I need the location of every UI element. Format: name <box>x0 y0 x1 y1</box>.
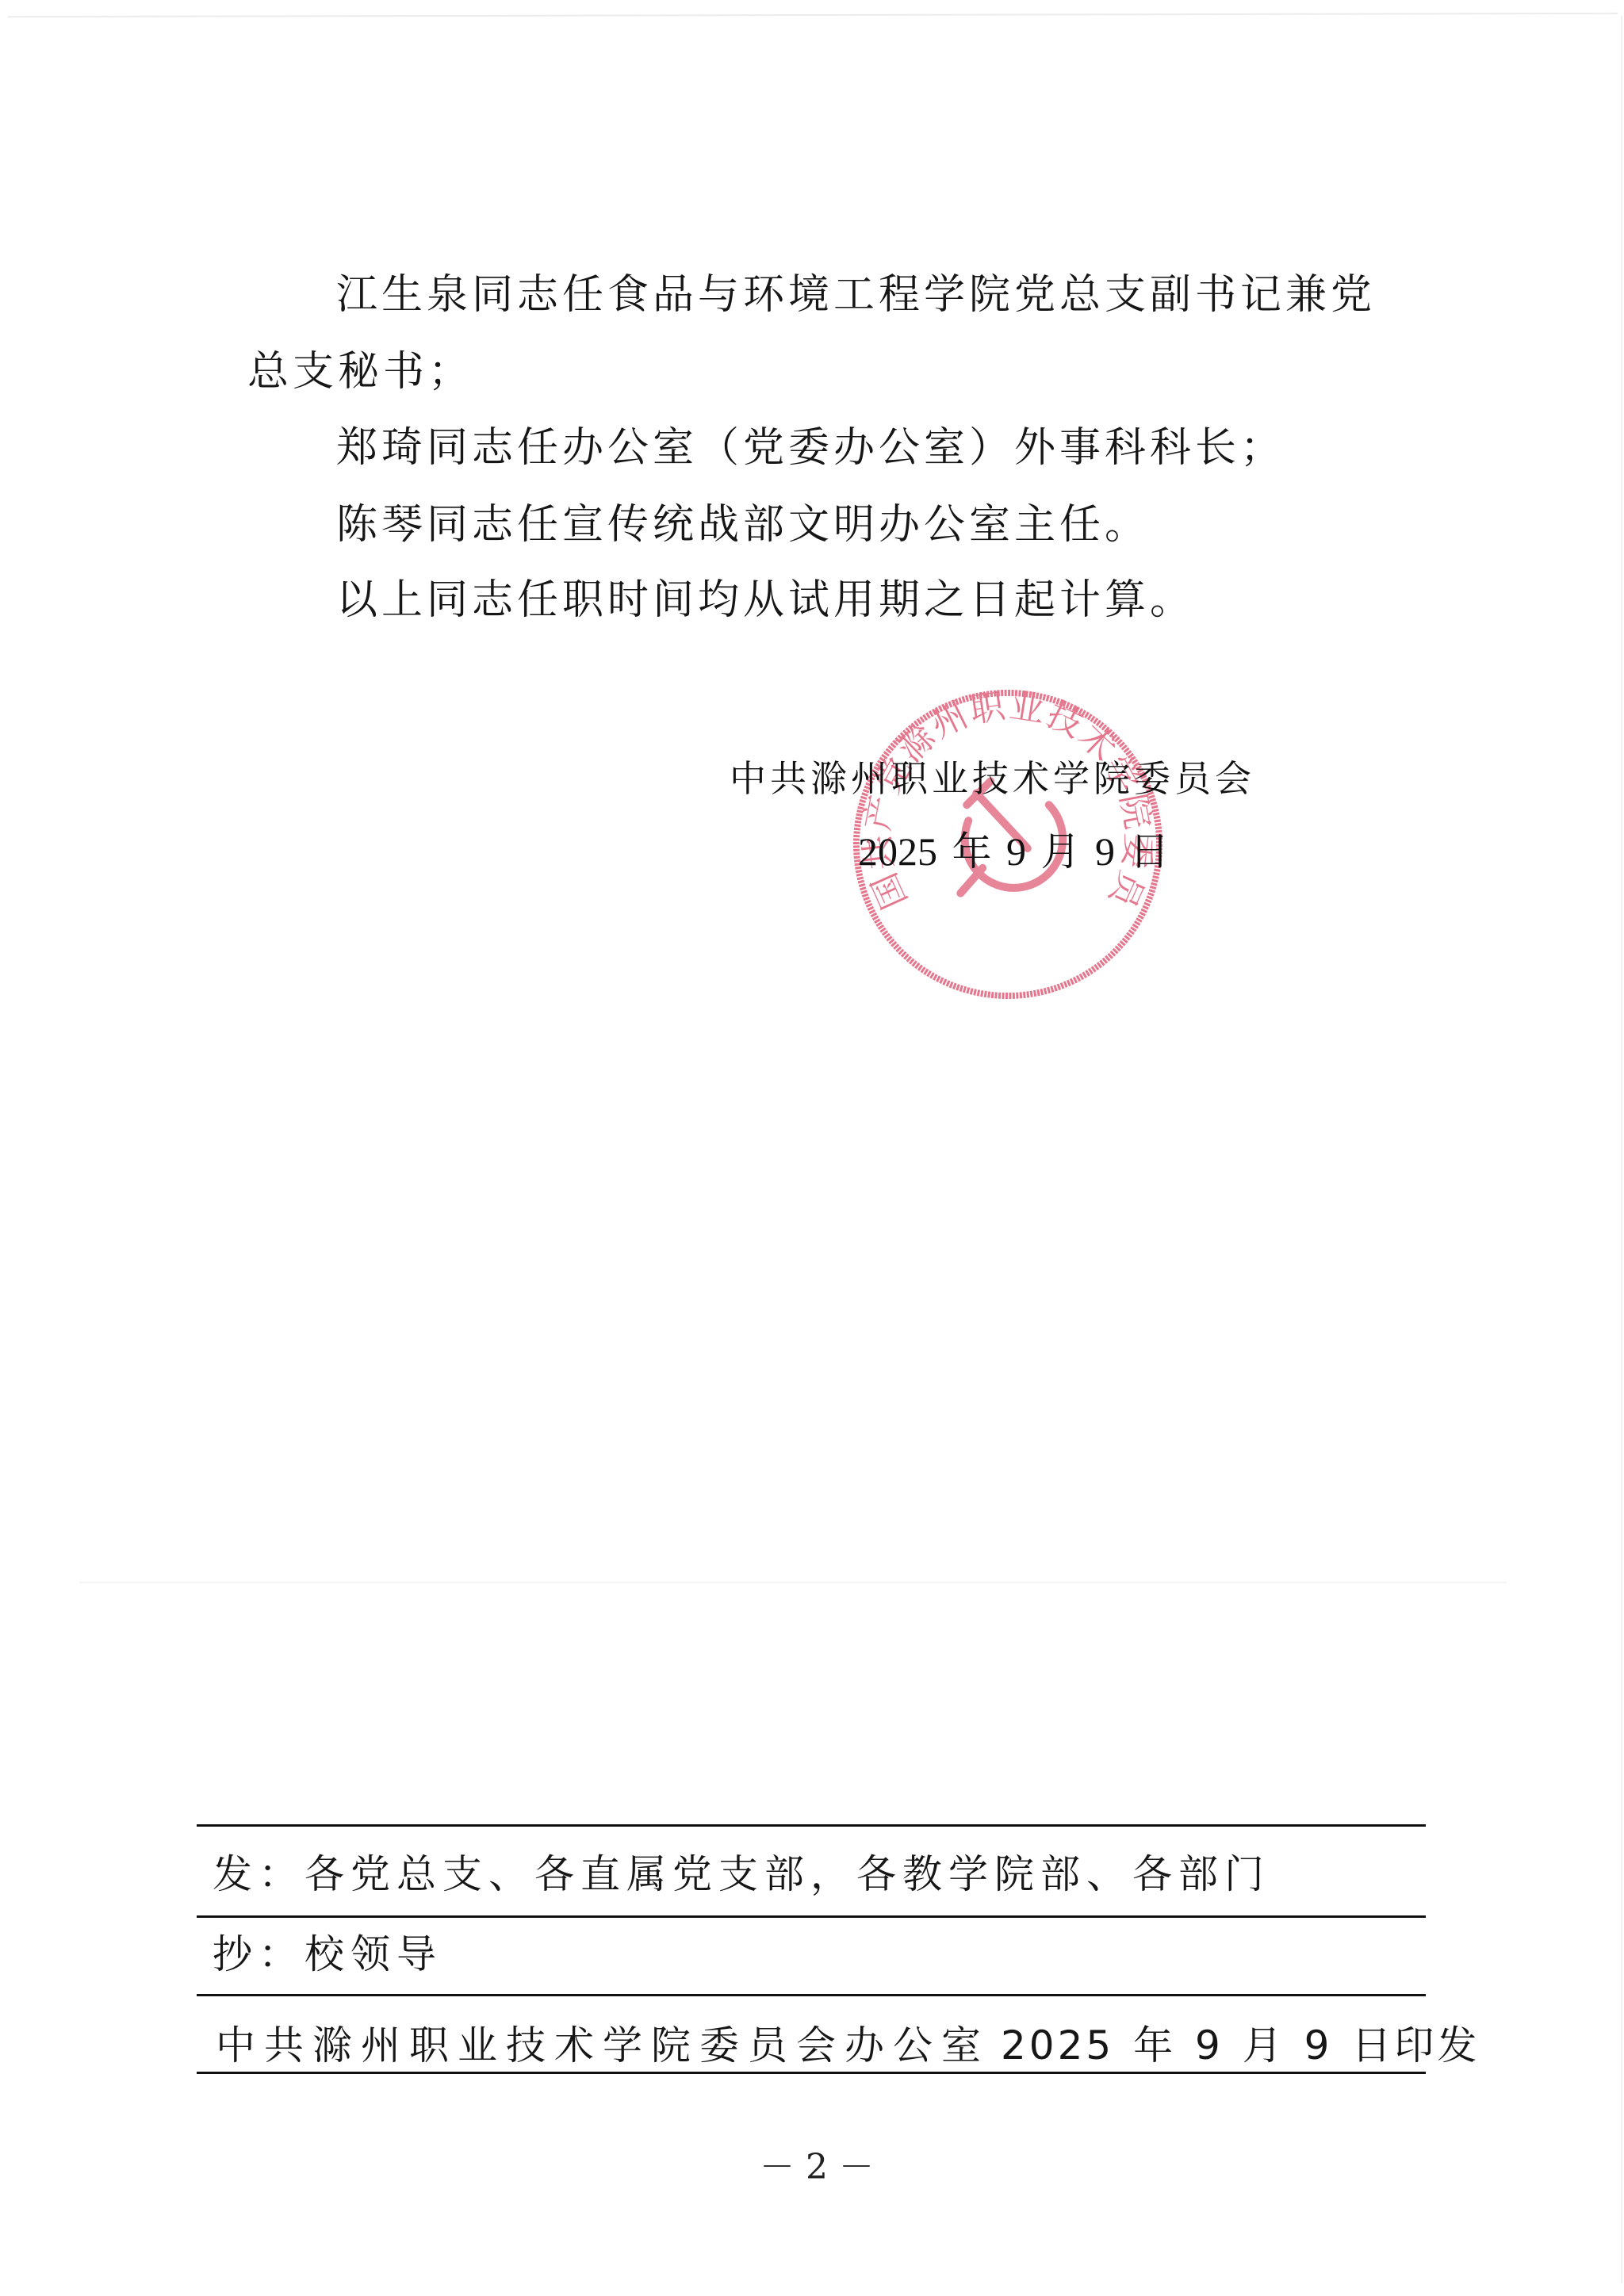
signature-organization: 中共滁州职业技术学院委员会 <box>730 755 1255 802</box>
cc-line: 抄：校领导 <box>213 1931 442 1978</box>
send-label: 发： <box>213 1851 304 1897</box>
divider-rule <box>197 1824 1426 1827</box>
divider-rule <box>197 1994 1426 1996</box>
issuing-office: 中共滁州职业技术学院委员会办公室 <box>216 2022 990 2069</box>
scan-artifact-line <box>79 1582 1507 1583</box>
cc-label: 抄： <box>213 1931 304 1977</box>
send-recipients: 各党总支、各直属党支部，各教学院部、各部门 <box>304 1851 1270 1897</box>
scan-edge-right <box>1621 16 1622 2283</box>
body-paragraph-appointment-1-cont: 总支秘书； <box>247 348 473 396</box>
divider-rule <box>197 2072 1426 2074</box>
body-paragraph-appointment-1: 江生泉同志任食品与环境工程学院党总支副书记兼党 <box>336 271 1376 319</box>
issue-date: 2025 年 9 月 9 日印发 <box>1001 2022 1480 2069</box>
body-paragraph-tenure-note: 以上同志任职时间均从试用期之日起计算。 <box>336 576 1195 624</box>
cc-recipients: 校领导 <box>304 1931 442 1977</box>
scan-edge-top <box>8 13 1618 17</box>
body-paragraph-appointment-3: 陈琴同志任宣传统战部文明办公室主任。 <box>336 501 1150 549</box>
divider-rule <box>197 1915 1426 1918</box>
signature-date: 2025 年 9 月 9 日 <box>858 828 1170 875</box>
send-to-line: 发：各党总支、各直属党支部，各教学院部、各部门 <box>213 1850 1270 1898</box>
page-number: － 2 － <box>760 2145 863 2190</box>
body-paragraph-appointment-2: 郑琦同志任办公室（党委办公室）外事科科长； <box>336 424 1285 472</box>
